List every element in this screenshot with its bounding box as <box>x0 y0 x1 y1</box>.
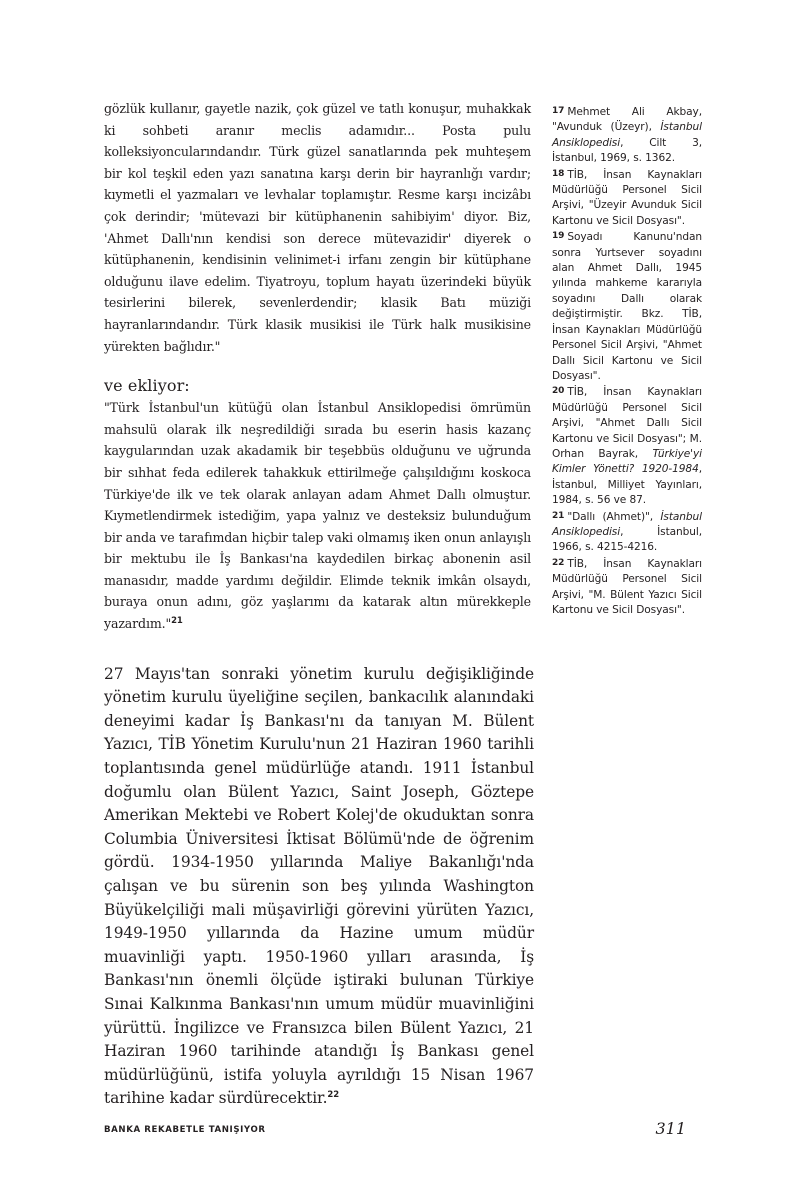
footnote-number: 19 <box>552 231 564 241</box>
footnote-number: 21 <box>552 511 564 521</box>
footnote-ref-21[interactable]: 21 <box>171 616 183 626</box>
footnote-ref-22[interactable]: 22 <box>327 1090 339 1100</box>
footnote-17: 17Mehmet Ali Akbay, "Avunduk (Üzeyr), İs… <box>552 104 702 167</box>
quote-two-text: "Türk İstanbul'un kütüğü olan İstanbul A… <box>104 400 531 631</box>
lead-in-heading: ve ekliyor: <box>104 375 531 397</box>
footnote-22: 22TİB, İnsan Kaynakları Müdürlüğü Person… <box>552 556 702 619</box>
quote-continued: gözlük kullanır, gayetle nazik, çok güze… <box>104 98 531 357</box>
footnote-19: 19Soyadı Kanunu'ndan sonra Yurtsever soy… <box>552 229 702 384</box>
quote-two-paragraph: "Türk İstanbul'un kütüğü olan İstanbul A… <box>104 397 531 635</box>
quote-two: "Türk İstanbul'un kütüğü olan İstanbul A… <box>104 397 531 635</box>
footnotes-column: 17Mehmet Ali Akbay, "Avunduk (Üzeyr), İs… <box>552 104 702 618</box>
page-footer: BANKA REKABETLE TANIŞIYOR 311 <box>104 1123 686 1143</box>
footnote-number: 22 <box>552 558 564 568</box>
main-text-column: gözlük kullanır, gayetle nazik, çok güze… <box>104 98 531 1111</box>
quote-continued-text: gözlük kullanır, gayetle nazik, çok güze… <box>104 98 531 357</box>
footnote-18: 18TİB, İnsan Kaynakları Müdürlüğü Person… <box>552 167 702 230</box>
running-head: BANKA REKABETLE TANIŞIYOR <box>104 1125 266 1135</box>
footnote-number: 18 <box>552 169 564 179</box>
footnote-20: 20TİB, İnsan Kaynakları Müdürlüğü Person… <box>552 384 702 508</box>
page-number: 311 <box>655 1119 686 1138</box>
footnote-number: 17 <box>552 106 564 116</box>
footnote-text: TİB, İnsan Kaynakları Müdürlüğü Personel… <box>552 169 702 227</box>
footnote-text: "Dallı (Ahmet)", <box>567 511 660 523</box>
body-paragraph-text: 27 Mayıs'tan sonraki yönetim kurulu deği… <box>104 665 534 1108</box>
body-paragraph: 27 Mayıs'tan sonraki yönetim kurulu deği… <box>104 663 534 1111</box>
footnote-text: TİB, İnsan Kaynakları Müdürlüğü Personel… <box>552 558 702 616</box>
footnote-number: 20 <box>552 386 564 396</box>
footnote-text: Soyadı Kanunu'ndan sonra Yurtsever soyad… <box>552 231 702 382</box>
footnote-21: 21"Dallı (Ahmet)", İstanbul Ansiklopedis… <box>552 509 702 556</box>
